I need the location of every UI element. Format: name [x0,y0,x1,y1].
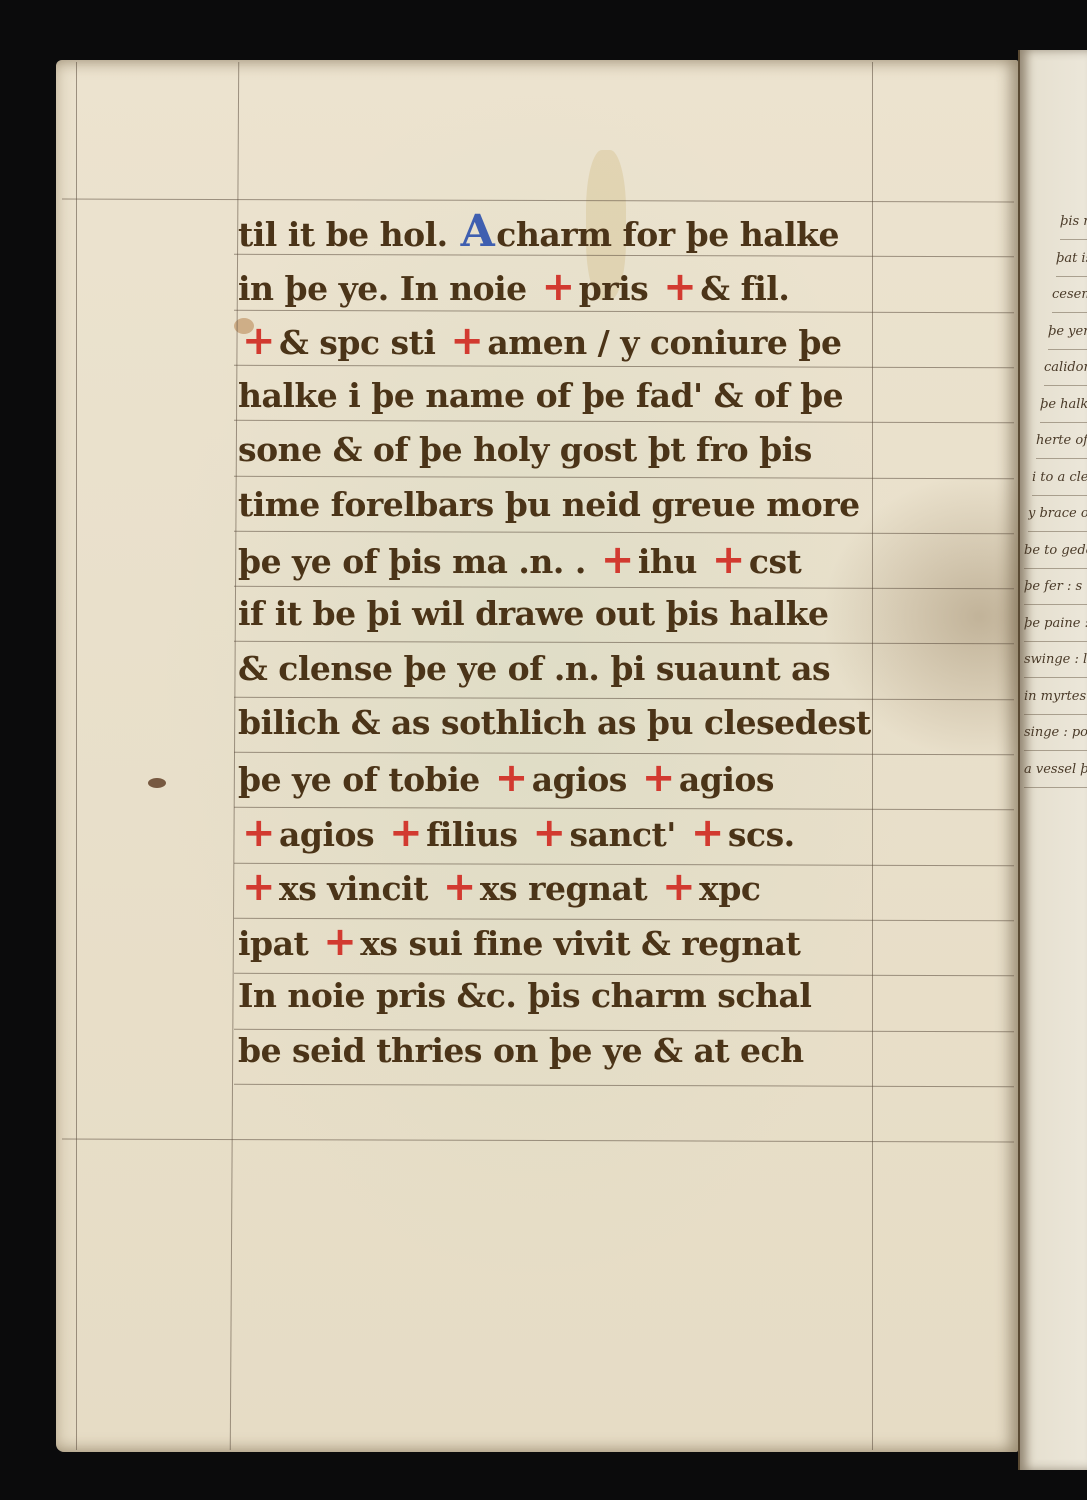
text-segment: agios [279,815,385,854]
text-segment: sone & of þe holy gost þt fro þis [238,430,812,469]
text-segment: cst [749,542,801,581]
red-cross-icon: + [446,318,487,364]
red-cross-icon: + [538,264,579,310]
facing-leaf-text: þat is [1056,251,1087,266]
text-segment: xs sui fine vivit & regnat [360,924,800,963]
facing-leaf-line: singe : poce [1024,716,1087,751]
red-cross-icon: + [597,537,638,583]
text-line: +xs vincit +xs regnat +xpc [238,860,918,915]
text-segment: xs regnat [480,869,658,908]
facing-leaf-line: herte of gos [1036,424,1087,459]
facing-leaf-text: þe paine : o [1024,616,1087,631]
text-segment: charm for þe halke [496,215,839,254]
text-segment: xpc [699,869,760,908]
text-segment: if it be þi wil drawe out þis halke [238,594,829,633]
text-segment: filius [426,815,528,854]
facing-leaf-text: i to a clene [1032,470,1087,485]
text-segment: & spc sti [279,323,446,362]
text-segment: & clense þe ye of .n. þi suaunt as [238,649,830,688]
red-cross-icon: + [659,264,700,310]
text-segment: agios [679,760,774,799]
facing-leaf-text: þis ma [1060,214,1087,229]
red-cross-icon: + [385,810,426,856]
text-segment: time forelbars þu neid greue more [238,485,860,524]
text-segment: halke i þe name of þe fad' & of þe [238,376,843,415]
facing-leaf-line: cesem [1052,278,1087,313]
text-segment: agios [532,760,638,799]
facing-leaf-line: þe paine : o [1024,607,1087,642]
facing-leaf-text: calidonie [1044,360,1087,375]
text-segment: sanct' [570,815,687,854]
facing-leaf-text: swinge : let s [1024,652,1087,667]
text-line: þe ye of tobie +agios +agios [238,751,918,806]
red-cross-icon: + [528,810,569,856]
main-text-block: til it be hol. Acharm for þe halke in þe… [238,205,918,1079]
text-line: be seid thries on þe ye & at ech [238,1024,918,1079]
red-cross-icon: + [319,919,360,965]
facing-leaf-line: þe halke I [1040,388,1087,423]
text-line: In noie pris &c. þis charm schal [238,969,918,1024]
text-line: +agios +filius +sanct' +scs. [238,806,918,861]
red-cross-icon: + [238,810,279,856]
facing-leaf-line: þis ma [1060,205,1087,240]
facing-leaf-text: þe yerde [1048,324,1087,339]
facing-leaf-line: y brace of [1028,497,1087,532]
facing-leaf-line: a vessel þou [1024,753,1087,788]
text-segment: amen / y coniure þe [487,323,841,362]
text-segment: þe ye of þis ma .n. . [238,542,597,581]
red-cross-icon: + [687,810,728,856]
red-cross-icon: + [238,318,279,364]
facing-leaf-text: singe : poce [1024,725,1087,740]
text-segment: & fil. [700,269,789,308]
facing-leaf-text: y brace of [1028,506,1087,521]
facing-leaf-text: cesem [1052,287,1087,302]
facing-leaf-line: calidonie [1044,351,1087,386]
red-cross-icon: + [491,755,532,801]
facing-leaf-text: be to gede [1024,543,1087,558]
text-line: sone & of þe holy gost þt fro þis [238,423,918,478]
margin-rule-left-outer [76,62,77,1450]
red-cross-icon: + [238,864,279,910]
text-segment: til it be hol. [238,215,459,254]
text-line: time forelbars þu neid greue more [238,478,918,533]
red-cross-icon: + [708,537,749,583]
text-line: þe ye of þis ma .n. . +ihu +cst [238,533,918,588]
text-segment: bilich & as sothlich as þu clesedest [238,703,871,742]
facing-leaf-text: a vessel þou [1024,762,1087,777]
text-line: if it be þi wil drawe out þis halke [238,587,918,642]
text-segment: be seid thries on þe ye & at ech [238,1031,804,1070]
blue-initial: A [459,206,497,257]
red-cross-icon: + [439,864,480,910]
facing-leaf-text: þe halke [1040,397,1087,412]
red-cross-icon: + [658,864,699,910]
facing-leaf-text: þe fer : s [1024,579,1082,594]
facing-leaf-line: þe yerde [1048,315,1087,350]
facing-leaf-line: swinge : let s [1024,643,1087,678]
facing-leaf-line: be to gede [1024,534,1087,569]
text-line: ipat +xs sui fine vivit & regnat [238,915,918,970]
text-line: +& spc sti +amen / y coniure þe [238,314,918,369]
facing-leaf-line: i to a clene [1032,461,1087,496]
facing-leaf-line: þat is [1056,242,1087,277]
text-segment: þe ye of tobie [238,760,491,799]
facing-leaf-line: in myrtes : p [1024,680,1087,715]
text-line: bilich & as sothlich as þu clesedest [238,696,918,751]
text-line: halke i þe name of þe fad' & of þe [238,369,918,424]
text-line: & clense þe ye of .n. þi suaunt as [238,642,918,697]
text-segment: pris [579,269,660,308]
text-line: til it be hol. Acharm for þe halke [238,205,918,260]
text-segment: ipat [238,924,319,963]
facing-leaf-text: in myrtes : p [1024,689,1087,704]
text-segment: In noie pris &c. þis charm schal [238,976,811,1015]
ink-blot [148,778,166,788]
text-segment: in þe ye. In noie [238,269,538,308]
text-segment: ihu [638,542,708,581]
red-cross-icon: + [638,755,679,801]
facing-leaf-line: þe fer : s [1024,570,1087,605]
text-segment: xs vincit [279,869,439,908]
text-line: in þe ye. In noie +pris +& fil. [238,260,918,315]
text-segment: scs. [728,815,795,854]
facing-leaf-text: herte of gos [1036,433,1087,448]
